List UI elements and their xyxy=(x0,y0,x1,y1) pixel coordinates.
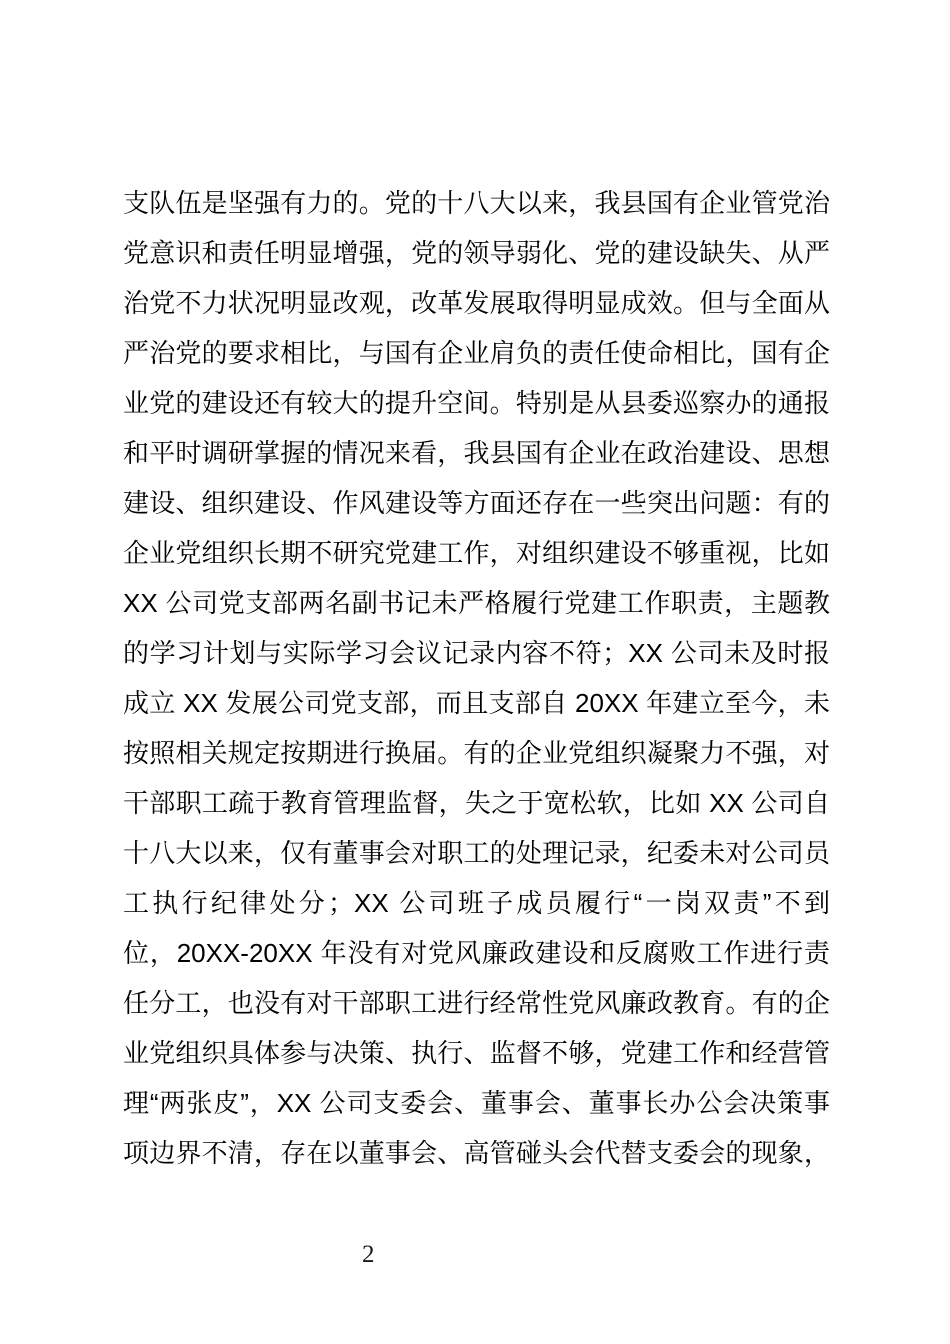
body-text-block: 支队伍是坚强有力的。党的十八大以来，我县国有企业管党治 党意识和责任明显增强，党… xyxy=(123,178,830,1178)
text-line: 企业党组织长期不研究党建工作，对组织建设不够重视，比如 xyxy=(123,528,830,578)
text-line: 业党组织具体参与决策、执行、监督不够，党建工作和经营管 xyxy=(123,1028,830,1078)
text-line: 位，20XX-20XX 年没有对党风廉政建设和反腐败工作进行责 xyxy=(123,928,830,978)
text-line: 建设、组织建设、作风建设等方面还存在一些突出问题：有的 xyxy=(123,478,830,528)
text-line: 党意识和责任明显增强，党的领导弱化、党的建设缺失、从严 xyxy=(123,228,830,278)
text-line: 理“两张皮”，XX 公司支委会、董事会、董事长办公会决策事 xyxy=(123,1078,830,1128)
text-line: 工执行纪律处分；XX 公司班子成员履行“一岗双责”不到 xyxy=(123,878,830,928)
text-line: 干部职工疏于教育管理监督，失之于宽松软，比如 XX 公司自 xyxy=(123,778,830,828)
text-line: 治党不力状况明显改观，改革发展取得明显成效。但与全面从 xyxy=(123,278,830,328)
text-line: 业党的建设还有较大的提升空间。特别是从县委巡察办的通报 xyxy=(123,378,830,428)
text-line: 按照相关规定按期进行换届。有的企业党组织凝聚力不强，对 xyxy=(123,728,830,778)
document-page: 支队伍是坚强有力的。党的十八大以来，我县国有企业管党治 党意识和责任明显增强，党… xyxy=(0,0,950,1344)
text-line: 支队伍是坚强有力的。党的十八大以来，我县国有企业管党治 xyxy=(123,178,830,228)
page-number: 2 xyxy=(362,1240,375,1270)
text-line: 项边界不清，存在以董事会、高管碰头会代替支委会的现象， xyxy=(123,1128,830,1178)
text-line: 任分工，也没有对干部职工进行经常性党风廉政教育。有的企 xyxy=(123,978,830,1028)
text-line: XX 公司党支部两名副书记未严格履行党建工作职责，主题教育 xyxy=(123,578,830,628)
text-line: 严治党的要求相比，与国有企业肩负的责任使命相比，国有企 xyxy=(123,328,830,378)
text-line: 成立 XX 发展公司党支部，而且支部自 20XX 年建立至今，未 xyxy=(123,678,830,728)
text-line: 的学习计划与实际学习会议记录内容不符；XX 公司未及时报批 xyxy=(123,628,830,678)
text-line: 和平时调研掌握的情况来看，我县国有企业在政治建设、思想 xyxy=(123,428,830,478)
text-line: 十八大以来，仅有董事会对职工的处理记录，纪委未对公司员 xyxy=(123,828,830,878)
